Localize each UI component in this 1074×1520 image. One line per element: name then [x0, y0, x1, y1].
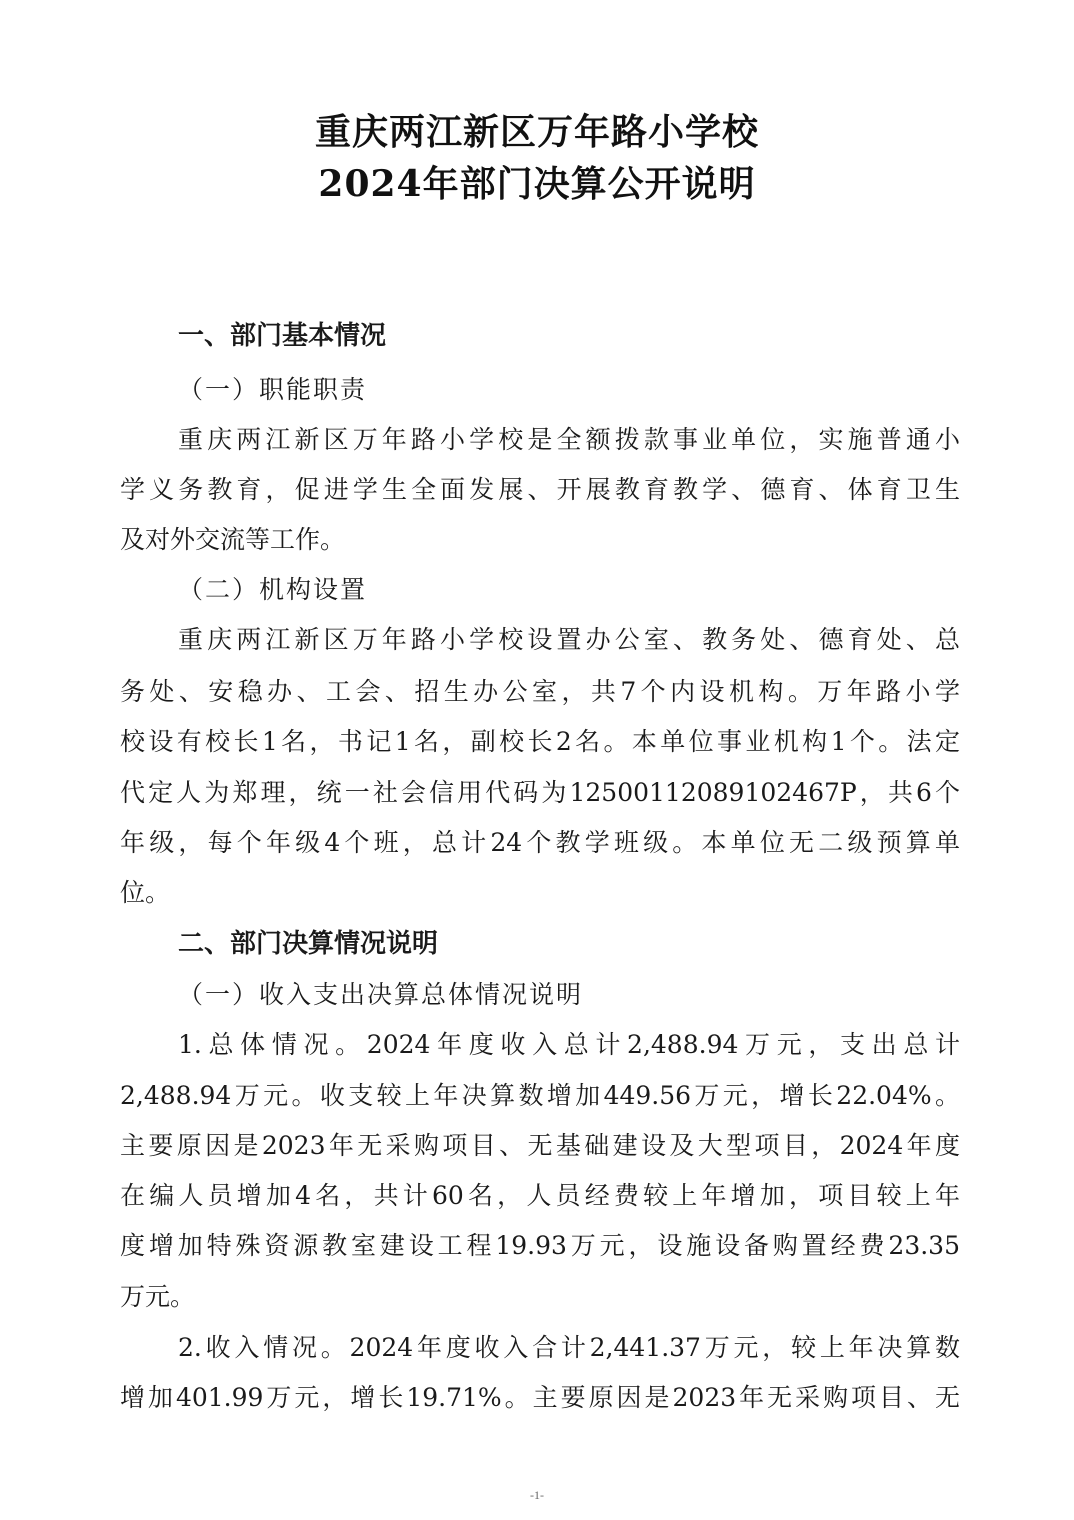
section2-heading: 二、部门决算情况说明 — [178, 924, 1018, 964]
paragraph-line: 万元。 — [120, 1277, 960, 1317]
paragraph-line: 代定人为郑理，统一社会信用代码为12500112089102467P，共6个 — [120, 773, 960, 813]
paragraph-line: 重庆两江新区万年路小学校是全额拨款事业单位，实施普通小 — [178, 420, 960, 460]
paragraph-line: 学义务教育，促进学生全面发展、开展教育教学、德育、体育卫生 — [120, 470, 960, 510]
paragraph-line: 增加401.99万元，增长19.71%。主要原因是2023年无采购项目、无 — [120, 1378, 960, 1418]
section2-sub1-heading: （一）收入支出决算总体情况说明 — [178, 975, 1018, 1015]
paragraph-line: 主要原因是2023年无采购项目、无基础建设及大型项目，2024年度 — [120, 1126, 960, 1166]
paragraph-line: 及对外交流等工作。 — [120, 520, 960, 560]
paragraph-line: 务处、安稳办、工会、招生办公室，共7个内设机构。万年路小学 — [120, 672, 960, 712]
paragraph-line: 校设有校长1名，书记1名，副校长2名。本单位事业机构1个。法定 — [120, 722, 960, 762]
paragraph-line: 1.总体情况。2024年度收入总计2,488.94万元，支出总计 — [178, 1025, 960, 1065]
paragraph-line: 在编人员增加4名，共计60名，人员经费较上年增加，项目较上年 — [120, 1176, 960, 1216]
paragraph-line: 重庆两江新区万年路小学校设置办公室、教务处、德育处、总 — [178, 620, 960, 660]
document-title-line1: 重庆两江新区万年路小学校 — [0, 110, 1074, 154]
section1-sub2-heading: （二）机构设置 — [178, 570, 1018, 610]
page-number: -1- — [0, 1488, 1074, 1503]
document-title-line2: 2024年部门决算公开说明 — [0, 162, 1074, 206]
section1-heading: 一、部门基本情况 — [178, 316, 1018, 356]
paragraph-line: 年级，每个年级4个班，总计24个教学班级。本单位无二级预算单 — [120, 823, 960, 863]
document-page: 重庆两江新区万年路小学校 2024年部门决算公开说明 一、部门基本情况 （一）职… — [0, 0, 1074, 1520]
paragraph-line: 度增加特殊资源教室建设工程19.93万元，设施设备购置经费23.35 — [120, 1226, 960, 1266]
section1-sub1-heading: （一）职能职责 — [178, 370, 1018, 410]
paragraph-line: 2,488.94万元。收支较上年决算数增加449.56万元，增长22.04%。 — [120, 1076, 960, 1116]
paragraph-line: 2.收入情况。2024年度收入合计2,441.37万元，较上年决算数 — [178, 1328, 960, 1368]
paragraph-line: 位。 — [120, 873, 960, 913]
